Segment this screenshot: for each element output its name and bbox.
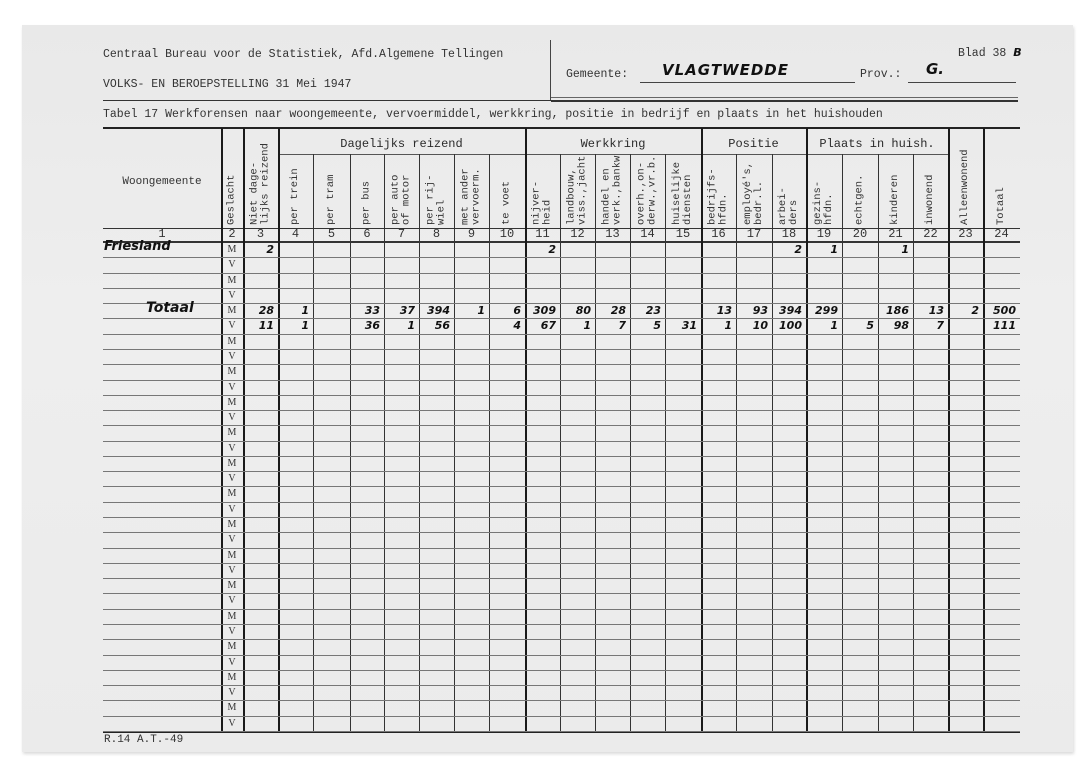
col-header-5: per tram <box>315 157 348 225</box>
data-cell: 1 <box>454 303 489 318</box>
data-cell: 10 <box>736 318 772 333</box>
sex-label: M <box>221 364 243 379</box>
sex-label: M <box>221 242 243 257</box>
col-header-23: Alleenwonend <box>950 132 981 225</box>
data-cell: 28 <box>595 303 630 318</box>
data-cell: 13 <box>913 303 948 318</box>
group-positie: Positie <box>701 134 806 154</box>
gemeente-underline <box>640 82 855 83</box>
sex-label: M <box>221 609 243 624</box>
prov-underline <box>908 82 1016 83</box>
col-header-12: landbouw, viss.,jacht <box>562 157 593 225</box>
bureau-heading: Centraal Bureau voor de Statistiek, Afd.… <box>103 48 503 61</box>
sex-label: V <box>221 624 243 639</box>
data-cell: 5 <box>842 318 878 333</box>
data-cell: 28 <box>243 303 278 318</box>
column-number: 11 <box>525 228 560 241</box>
data-cell: 1 <box>701 318 736 333</box>
sex-label: V <box>221 655 243 670</box>
data-cell: 4 <box>489 318 525 333</box>
table-title: Tabel 17 Werkforensen naar woongemeente,… <box>103 108 883 121</box>
sex-label: M <box>221 639 243 654</box>
header-rule-right <box>551 100 1018 102</box>
column-number: 18 <box>772 228 806 241</box>
sex-label: V <box>221 441 243 456</box>
column-number: 15 <box>665 228 701 241</box>
data-cell: 1 <box>878 242 913 257</box>
data-cell: 56 <box>419 318 454 333</box>
column-number: 4 <box>278 228 313 241</box>
col-header-2: Geslacht <box>223 132 241 225</box>
data-cell: 23 <box>630 303 665 318</box>
data-cell: 309 <box>525 303 560 318</box>
group-plaats-in-huish: Plaats in huish. <box>806 134 948 154</box>
table-top-border <box>103 127 1020 129</box>
data-cell: 1 <box>806 318 842 333</box>
data-cell: 37 <box>384 303 419 318</box>
data-cell: 5 <box>630 318 665 333</box>
col-header-6: per bus <box>352 157 382 225</box>
column-number: 21 <box>878 228 913 241</box>
data-cell: 31 <box>665 318 701 333</box>
woongemeente-cell: Friesland <box>104 239 171 254</box>
data-cell: 394 <box>772 303 806 318</box>
sex-label: M <box>221 334 243 349</box>
data-cell: 7 <box>913 318 948 333</box>
col-header-14: overh.,on- derw.,vr.b. <box>632 157 663 225</box>
column-number: 5 <box>313 228 350 241</box>
data-cell: 93 <box>736 303 772 318</box>
sex-label: V <box>221 257 243 272</box>
gemeente-label: Gemeente: <box>566 68 628 81</box>
form-code: R.14 A.T.-49 <box>104 734 183 746</box>
data-cell: 1 <box>560 318 595 333</box>
data-cell: 299 <box>806 303 842 318</box>
data-cell: 1 <box>278 318 313 333</box>
col-header-24: Totaal <box>985 132 1018 225</box>
col-header-21: kinderen <box>880 157 911 225</box>
sex-label: V <box>221 532 243 547</box>
data-cell: 2 <box>948 303 983 318</box>
col-header-20: echtgen. <box>844 157 876 225</box>
sex-label: M <box>221 548 243 563</box>
column-number: 23 <box>948 228 983 241</box>
woongemeente-cell: Totaal <box>146 300 194 316</box>
sex-label: V <box>221 685 243 700</box>
data-cell: 2 <box>243 242 278 257</box>
col-header-11: nijver- heid <box>527 157 558 225</box>
sex-label: M <box>221 486 243 501</box>
col-header-19: gezins- hfdn. <box>808 157 840 225</box>
data-cell: 1 <box>806 242 842 257</box>
column-number: 3 <box>243 228 278 241</box>
sex-label: M <box>221 578 243 593</box>
sex-label: V <box>221 288 243 303</box>
row-rule <box>103 731 1020 732</box>
sex-label: V <box>221 380 243 395</box>
gemeente-value: VLAGTWEDDE <box>662 61 789 79</box>
column-number: 8 <box>419 228 454 241</box>
sheet-suffix: B <box>1013 46 1021 59</box>
sex-label: M <box>221 273 243 288</box>
sex-label: V <box>221 410 243 425</box>
data-cell: 500 <box>983 303 1020 318</box>
column-number: 20 <box>842 228 878 241</box>
col-header-15: huiselijke diensten <box>667 157 699 225</box>
data-cell: 98 <box>878 318 913 333</box>
column-number: 2 <box>221 228 243 241</box>
col-header-7: per auto of motor <box>386 157 417 225</box>
sex-label: M <box>221 517 243 532</box>
data-cell: 67 <box>525 318 560 333</box>
column-number: 22 <box>913 228 948 241</box>
column-number: 16 <box>701 228 736 241</box>
column-number: 13 <box>595 228 630 241</box>
sex-label: V <box>221 502 243 517</box>
sex-label: V <box>221 563 243 578</box>
sex-label: M <box>221 425 243 440</box>
data-cell: 33 <box>350 303 384 318</box>
col-header-16: bedrijfs- hfdn. <box>703 157 734 225</box>
data-cell: 36 <box>350 318 384 333</box>
sex-label: V <box>221 318 243 333</box>
column-number: 9 <box>454 228 489 241</box>
sex-label: M <box>221 456 243 471</box>
data-cell: 80 <box>560 303 595 318</box>
prov-value: G. <box>926 60 944 78</box>
data-cell: 394 <box>419 303 454 318</box>
data-cell: 11 <box>243 318 278 333</box>
column-number: 24 <box>983 228 1020 241</box>
sex-label: M <box>221 395 243 410</box>
data-cell: 111 <box>983 318 1020 333</box>
data-cell: 7 <box>595 318 630 333</box>
prov-label: Prov.: <box>860 68 901 81</box>
sex-label: V <box>221 349 243 364</box>
col-header-woongemeente: Woongemeente <box>103 176 221 188</box>
column-number: 14 <box>630 228 665 241</box>
data-cell: 186 <box>878 303 913 318</box>
column-number: 6 <box>350 228 384 241</box>
header-rule-right-top <box>551 97 1018 98</box>
col-header-10: te voet <box>491 157 523 225</box>
data-cell: 13 <box>701 303 736 318</box>
sex-label: V <box>221 471 243 486</box>
group-dagelijks-reizend: Dagelijks reizend <box>278 134 525 154</box>
sheet-number: Blad 38 B <box>958 46 1022 60</box>
data-cell: 6 <box>489 303 525 318</box>
header-divider <box>550 40 551 100</box>
data-cell: 2 <box>772 242 806 257</box>
col-header-22: inwonend <box>915 157 946 225</box>
col-header-18: arbei- ders <box>774 157 804 225</box>
data-cell: 1 <box>278 303 313 318</box>
col-header-13: handel en verk.,bankw <box>597 157 628 225</box>
col-header-9: met ander vervoerm. <box>456 157 487 225</box>
data-cell: 1 <box>384 318 419 333</box>
column-number: 10 <box>489 228 525 241</box>
column-number: 7 <box>384 228 419 241</box>
sex-label: M <box>221 670 243 685</box>
sex-label: V <box>221 593 243 608</box>
sex-label: M <box>221 303 243 318</box>
sex-label: M <box>221 700 243 715</box>
census-title: VOLKS- EN BEROEPSTELLING 31 Mei 1947 <box>103 78 351 91</box>
header-rule-left <box>103 100 551 101</box>
sheet-number-label: Blad 38 <box>958 47 1006 60</box>
sex-label: V <box>221 716 243 731</box>
col-header-4: per trein <box>280 157 311 225</box>
col-header-3: Niet dage- lijks reizend <box>245 132 276 225</box>
data-cell: 100 <box>772 318 806 333</box>
column-number: 12 <box>560 228 595 241</box>
col-header-8: per rij- wiel <box>421 157 452 225</box>
group-werkkring: Werkkring <box>525 134 701 154</box>
column-number: 17 <box>736 228 772 241</box>
col-header-17: employé's, bedr.l. <box>738 157 770 225</box>
column-number: 19 <box>806 228 842 241</box>
data-cell: 2 <box>525 242 560 257</box>
